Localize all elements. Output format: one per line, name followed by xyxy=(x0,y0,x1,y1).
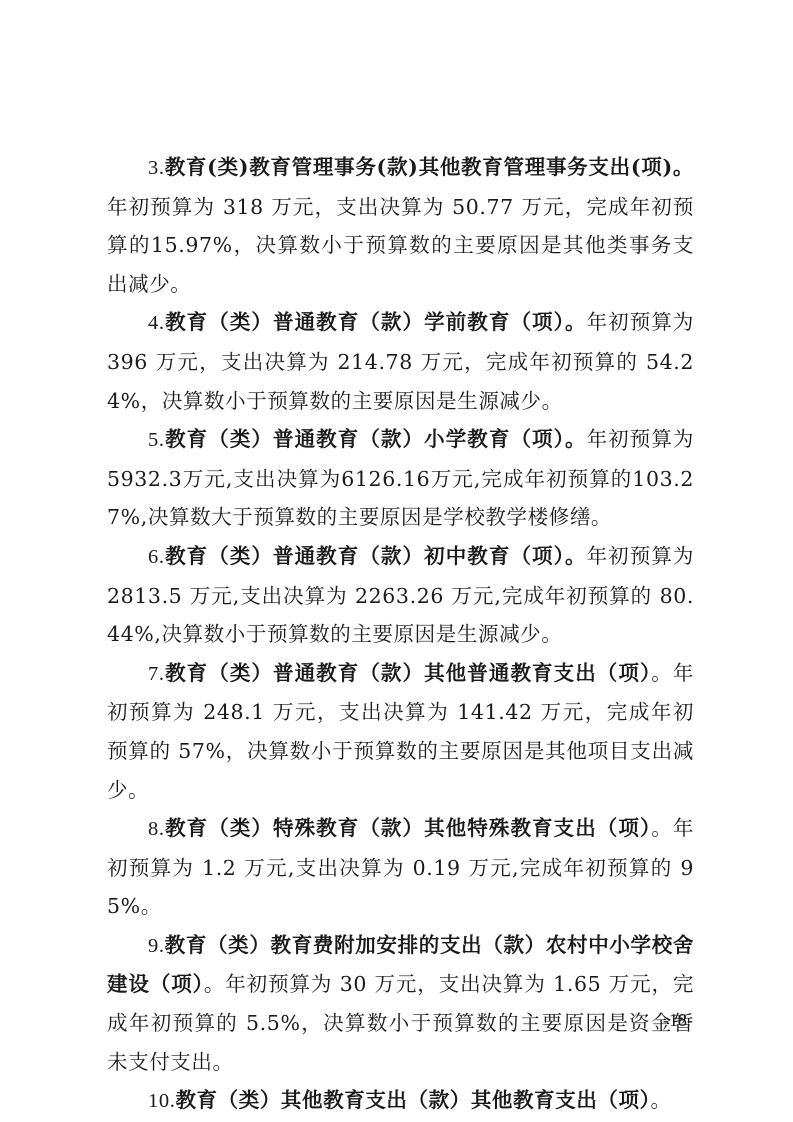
paragraph-item-3: 3.教育(类)教育管理事务(款)其他教育管理事务支出(项)。年初预算为 318 … xyxy=(107,148,694,303)
item-heading: 教育（类）普通教育（款）小学教育（项）。 xyxy=(165,427,587,451)
item-number: 7. xyxy=(148,663,165,685)
item-heading: 教育（类）普通教育（款）初中教育（项）。 xyxy=(165,544,587,568)
item-body: 。 xyxy=(651,1088,672,1112)
item-heading: 教育（类）其他教育支出（款）其他教育支出（项） xyxy=(175,1088,650,1112)
paragraph-item-8: 8.教育（类）特殊教育（款）其他特殊教育支出（项）。年初预算为 1.2 万元,支… xyxy=(107,809,694,926)
paragraph-item-5: 5.教育（类）普通教育（款）小学教育（项）。年初预算为5932.3万元,支出决算… xyxy=(107,420,694,537)
item-number: 9. xyxy=(148,935,165,957)
item-number: 4. xyxy=(148,312,165,334)
document-body: 3.教育(类)教育管理事务(款)其他教育管理事务支出(项)。年初预算为 318 … xyxy=(107,148,694,1121)
item-heading: 教育(类)教育管理事务(款)其他教育管理事务支出(项)。 xyxy=(165,155,694,179)
item-number: 8. xyxy=(148,818,165,840)
item-number: 5. xyxy=(148,429,165,451)
item-heading: 教育（类）特殊教育（款）其他特殊教育支出（项） xyxy=(165,816,652,840)
item-number: 3. xyxy=(148,157,165,179)
item-number: 10. xyxy=(148,1090,175,1112)
page-number: -18- xyxy=(663,1010,693,1031)
item-body: 年初预算为 318 万元，支出决算为 50.77 万元，完成年初预算的15.97… xyxy=(107,195,694,296)
paragraph-item-4: 4.教育（类）普通教育（款）学前教育（项）。年初预算为396 万元，支出决算为 … xyxy=(107,303,694,420)
paragraph-item-9: 9.教育（类）教育费附加安排的支出（款）农村中小学校舍建设（项）。年初预算为 3… xyxy=(107,926,694,1081)
paragraph-item-6: 6.教育（类）普通教育（款）初中教育（项）。年初预算为2813.5 万元,支出决… xyxy=(107,537,694,654)
paragraph-item-7: 7.教育（类）普通教育（款）其他普通教育支出（项）。年初预算为 248.1 万元… xyxy=(107,654,694,809)
item-number: 6. xyxy=(148,546,165,568)
item-heading: 教育（类）普通教育（款）其他普通教育支出（项） xyxy=(165,661,652,685)
item-heading: 教育（类）普通教育（款）学前教育（项）。 xyxy=(165,310,587,334)
paragraph-item-10: 10.教育（类）其他教育支出（款）其他教育支出（项）。 xyxy=(107,1081,694,1121)
